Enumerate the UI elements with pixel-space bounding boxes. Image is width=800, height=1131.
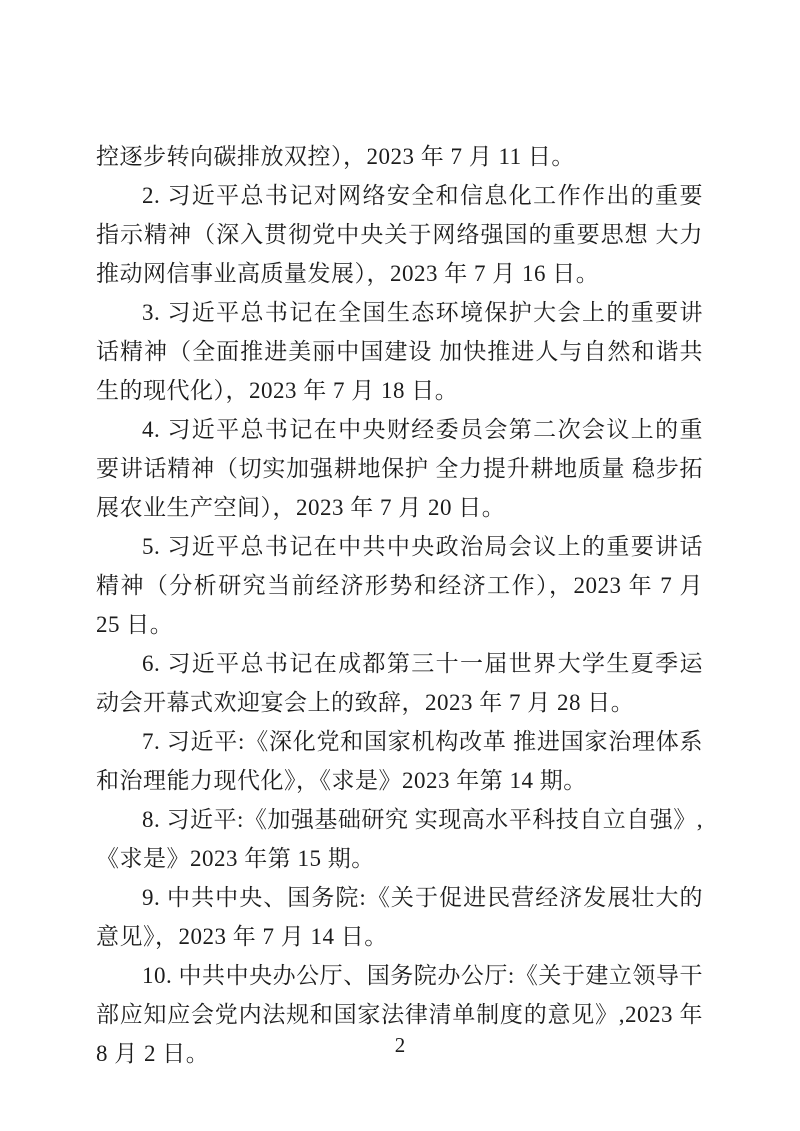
page-number: 2 — [395, 1033, 406, 1057]
list-item-6: 6. 习近平总书记在成都第三十一届世界大学生夏季运动会开幕式欢迎宴会上的致辞，2… — [96, 644, 703, 722]
list-item-2: 2. 习近平总书记对网络安全和信息化工作作出的重要指示精神（深入贯彻党中央关于网… — [96, 176, 703, 293]
list-item-9: 9. 中共中央、国务院:《关于促进民营经济发展壮大的意见》，2023 年 7 月… — [96, 878, 703, 956]
paragraph-continuation: 控逐步转向碳排放双控），2023 年 7 月 11 日。 — [96, 137, 703, 176]
document-page: 控逐步转向碳排放双控），2023 年 7 月 11 日。 2. 习近平总书记对网… — [0, 0, 800, 1131]
list-item-7: 7. 习近平:《深化党和国家机构改革 推进国家治理体系和治理能力现代化》，《求是… — [96, 722, 703, 800]
list-item-5: 5. 习近平总书记在中共中央政治局会议上的重要讲话精神（分析研究当前经济形势和经… — [96, 527, 703, 644]
document-body: 控逐步转向碳排放双控），2023 年 7 月 11 日。 2. 习近平总书记对网… — [96, 137, 703, 1073]
page-footer: 2 — [0, 1030, 800, 1060]
list-item-4: 4. 习近平总书记在中央财经委员会第二次会议上的重要讲话精神（切实加强耕地保护 … — [96, 410, 703, 527]
list-item-3: 3. 习近平总书记在全国生态环境保护大会上的重要讲话精神（全面推进美丽中国建设 … — [96, 293, 703, 410]
list-item-8: 8. 习近平:《加强基础研究 实现高水平科技自立自强》,《求是》2023 年第 … — [96, 800, 703, 878]
